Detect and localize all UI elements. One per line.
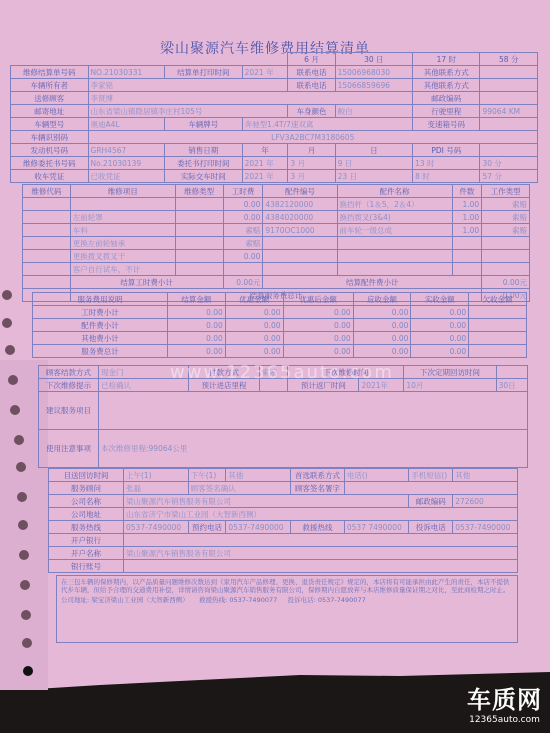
perforation-hole [19,550,29,560]
print-day: 30 日 [335,53,413,66]
company-addr: 山东省济宁市梁山工业园（大智新西侧） [124,508,518,521]
print-month: 6 月 [288,53,335,66]
survey-other: 其他 [226,469,291,482]
next-visit-label: 下次维修提示 [39,379,99,392]
col-code: 维修代码 [23,185,71,198]
owner-label: 车辆所有者 [11,79,89,92]
fee-col-settle: 结算金额 [168,293,226,306]
complaint: 0537-7490000 [453,521,518,534]
perforation-hole [5,345,15,355]
sale-date-label: 销售日期 [165,144,243,157]
payment-method-label: 顾客结款方式 [39,366,99,379]
survey-label: 目送回访时间 [49,469,124,482]
col-item: 维修项目 [70,185,175,198]
contact-phone-label: 联系电话 [288,66,335,79]
other-contact-label: 其他联系方式 [413,66,480,79]
gearbox-label: 变速箱号码 [413,118,480,131]
booking-label: 预约电话 [188,521,226,534]
model: 奥迪A4L [88,118,165,131]
payment: 已收凭证 [88,170,165,183]
pdi [480,144,538,157]
contact-sms-opt: 手机短信() [409,469,453,482]
delivery-month: 3 月 [288,170,335,183]
contact-phone: 15006968030 [335,66,413,79]
other-contact2 [480,79,538,92]
fee-col-after-discount: 优惠后金额 [283,293,353,306]
pdi-label: PDI 号码 [413,144,480,157]
repair-row: 更换拨叉拨叉干0.00 [23,250,530,263]
parts-subtotal-label: 结算配件费小计 [263,276,482,289]
site-logo: 车质网 12365auto.com [467,680,542,725]
warranty-notice: 在三包车辆的保修期内，以产品质量问题维修次数达到《家用汽车产品修理、更换、退货责… [56,575,518,643]
repair-row: 更换左前轮轴承索赔 [23,237,530,250]
repair-customer: 李贤博 [88,92,413,105]
perforation-hole [22,638,32,648]
labor-subtotal: 0.00元 [223,276,263,289]
advisor: 张磊 [124,482,189,495]
vin: LFV3A2BC7M3180605 [88,131,537,144]
logo-url: 12365auto.com [467,715,542,725]
next-visit-time-label: 下次定期回访时间 [404,366,496,379]
perforation-hole [2,318,12,328]
order-month: 3 月 [288,157,335,170]
model-label: 车辆型号 [11,118,89,131]
order-year: 2021 年 [242,157,288,170]
watermark: www.12365auto.com [170,362,394,383]
settle-no: NO.21030331 [88,66,165,79]
col-part-name: 配件名称 [337,185,452,198]
other-contact [480,66,538,79]
delivery-minute: 57 分 [480,170,538,183]
order-hour: 13 时 [413,157,480,170]
plate-label: 车辆牌号 [165,118,243,131]
mileage: 99064 KM [480,105,538,118]
bank-label: 开户银行 [49,534,124,547]
delivery-day: 23 日 [335,170,413,183]
remark-label: 使用注意事项 [39,430,99,468]
col-year: 年 [242,144,288,157]
repair-row: 左前轮罩0.004384020000换挡拨叉(3&4)1.00索赔 [23,211,530,224]
col-month: 月 [288,144,335,157]
fee-col-desc: 服务费用说明 [33,293,168,306]
rescue-label: 救援热线 [291,521,345,534]
contact-other-opt: 其他 [453,469,518,482]
repair-items-table: 维修代码 维修项目 维修类型 工时费 配件编号 配件名称 件数 工作类型 0.0… [22,184,530,302]
estimate-day: 30日 [496,379,527,392]
col-qty: 件数 [452,185,482,198]
order-no: No.21030139 [88,157,165,170]
advisor-label: 服务顾问 [49,482,124,495]
delivery-year: 2021 年 [242,170,288,183]
fee-col-receivable: 应收金额 [353,293,411,306]
company-post-label: 邮政编码 [409,495,453,508]
notice-complaint: 0537-7490077 [318,596,366,604]
delivery-hour: 8 时 [413,170,480,183]
company-name: 梁山聚源汽车销售服务有限公司 [124,495,409,508]
col-part-no: 配件编号 [263,185,337,198]
account-no [124,560,518,573]
suggest-label: 建议服务项目 [39,392,99,430]
print-hour: 17 时 [413,53,480,66]
color-label: 车身颜色 [288,105,335,118]
settle-no-label: 维修结算单号码 [11,66,89,79]
fee-summary-table: 服务费用说明 结算金额 优惠金额 优惠后金额 应收金额 实收金额 欠收金额 工时… [32,292,527,358]
vehicle-info-table: 6 月 30 日 17 时 58 分 维修结算单号码 NO.21030331 结… [10,52,538,183]
postcode [480,92,538,105]
account-no-label: 银行账号 [49,560,124,573]
company-table: 目送回访时间 上午(1) 下午(1) 其他 首选联系方式 电话() 手机短信()… [48,468,518,573]
print-year: 2021 年 [242,66,288,79]
logo-name: 车质网 [467,680,542,715]
hotline: 0537-7490000 [124,521,189,534]
delivery-time-label: 实际交车时间 [165,170,243,183]
engine-label: 发动机号码 [11,144,89,157]
vin-label: 车辆识别码 [11,131,89,144]
booking: 0537-7490000 [226,521,291,534]
contact-pref-label: 首选联系方式 [291,469,345,482]
notice-complaint-label: 投诉电话: [288,596,316,604]
notice-rescue: 0537-7490077 [229,596,277,604]
notice-rescue-label: 救援热线: [199,596,227,604]
postcode-label: 邮政编码 [413,92,480,105]
other-contact2-label: 其他联系方式 [413,79,480,92]
contact-phone2-label: 联系电话 [288,79,335,92]
rescue: 0537 7490000 [344,521,408,534]
mileage-label: 行驶里程 [413,105,480,118]
col-type: 维修类型 [175,185,223,198]
fee-col-discount: 优惠金额 [225,293,283,306]
col-day: 日 [335,144,413,157]
notice-addr-label: 公司地址: [61,596,89,604]
repair-customer-label: 送修顾客 [11,92,89,105]
perforation-hole [10,405,20,415]
owner: 李家铭 [88,79,288,92]
contact-phone2: 15066859696 [335,79,413,92]
fee-row: 配件费小计0.000.000.000.000.00 [33,319,527,332]
survey-am: 上午(1) [124,469,189,482]
remark: 本次维修里程:99064公里 [99,430,528,468]
repair-row: 车料索赔9170OC1000前车轮一级总成1.00索赔 [23,224,530,237]
order-minute: 30 分 [480,157,538,170]
gearbox [480,118,538,131]
fee-col-owed: 欠收金额 [469,293,527,306]
engine: GRH4567 [88,144,165,157]
company-addr-label: 公司地址 [49,508,124,521]
repair-row: 客户自行试车，不计 [23,263,530,276]
col-fee: 工时费 [223,185,263,198]
notice-addr: 梁宝济梁山工业园（大智新西侧） [91,596,189,604]
advisor-sign: 顾客签名确认 [188,482,290,495]
fee-row: 其他费小计0.000.000.000.000.00 [33,332,527,345]
parts-subtotal: 0.00元 [482,276,530,289]
perforation-hole [14,435,24,445]
repair-row: 0.004382120000换挡杆（1＆5，2＆4）1.00索赔 [23,198,530,211]
print-time-label: 结算单打印时间 [165,66,243,79]
fee-row: 工时费小计0.000.000.000.000.00 [33,306,527,319]
address: 山东省梁山镇隐居镇李庄村105号 [88,105,288,118]
labor-subtotal-label: 结算工时费小计 [70,276,223,289]
hotline-label: 服务热线 [49,521,124,534]
perforation-hole [20,580,30,590]
color: 鲛白 [335,105,413,118]
perforation-hole [8,375,18,385]
order-time-label: 委托书打印时间 [165,157,243,170]
complaint-label: 投诉电话 [409,521,453,534]
model-desc: 奔驰型1.4T/7速双离 [242,118,413,131]
perforation-hole [17,492,27,502]
order-day: 9 日 [335,157,413,170]
print-minute: 58 分 [480,53,538,66]
survey-pm: 下午(1) [188,469,226,482]
perforation-hole [2,290,12,300]
fee-col-received: 实收金额 [411,293,469,306]
perforation-hole [23,666,33,676]
account-name: 梁山聚源汽车销售服务有限公司 [124,547,518,560]
account-name-label: 开户名称 [49,547,124,560]
perforation-hole [21,610,31,620]
company-post: 272600 [453,495,518,508]
perforation-hole [18,520,28,530]
customer-sign-label: 顾客签名署字 [291,482,345,495]
contact-phone-opt: 电话() [344,469,408,482]
col-work: 工作类型 [482,185,530,198]
payment-label: 收车凭证 [11,170,89,183]
bank [124,534,518,547]
address-label: 邮寄地址 [11,105,89,118]
visit-extra [496,366,527,379]
suggest [99,392,528,430]
perforation-hole [16,462,26,472]
estimate-month: 10月 [404,379,496,392]
fee-row: 服务费总计0.000.000.000.000.00 [33,345,527,358]
notice-text: 在三包车辆的保修期内，以产品质量问题维修次数达到《家用汽车产品修理、更换、退货责… [61,578,513,594]
order-no-label: 维修委托书号码 [11,157,89,170]
company-name-label: 公司名称 [49,495,124,508]
